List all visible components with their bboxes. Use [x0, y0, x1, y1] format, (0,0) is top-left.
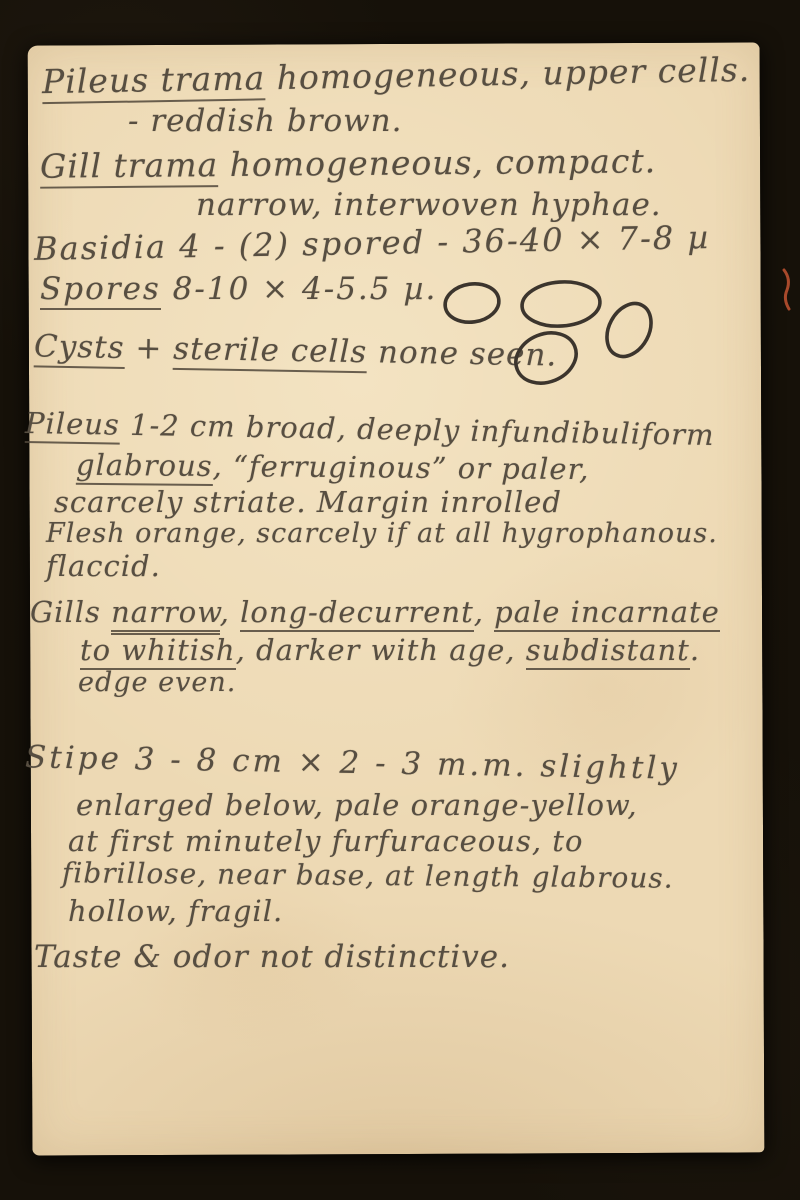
- text-segment: Taste & odor not distinctive.: [34, 939, 510, 975]
- text-segment: Pileus trama: [42, 58, 266, 104]
- note-line: Taste & odor not distinctive.: [34, 940, 510, 974]
- text-segment: at first minutely furfuraceous, to: [68, 824, 583, 858]
- text-segment: sterile cells: [173, 331, 368, 373]
- note-line: Cysts + sterile cells none seen.: [34, 329, 558, 372]
- text-segment: fibrillose, near base, at length glabrou…: [62, 856, 674, 894]
- text-segment: ,: [220, 595, 240, 629]
- text-segment: , “ferruginous” or paler,: [212, 449, 589, 486]
- text-segment: ,: [474, 595, 494, 629]
- text-segment: none seen.: [367, 334, 558, 373]
- note-line: Gills narrow, long-decurrent, pale incar…: [30, 597, 720, 629]
- note-line: enlarged below, pale orange-yellow,: [76, 790, 638, 822]
- text-segment: Flesh orange, scarcely if at all hygroph…: [46, 518, 718, 549]
- note-line: at first minutely furfuraceous, to: [68, 826, 583, 858]
- text-segment: narrow: [111, 595, 220, 635]
- text-segment: homogeneous, compact.: [218, 141, 656, 184]
- note-line: edge even.: [78, 668, 236, 698]
- text-segment: edge even.: [78, 667, 236, 698]
- text-segment: Cysts: [34, 328, 125, 369]
- photo-background: Pileus trama homogeneous, upper cells.- …: [0, 0, 800, 1200]
- text-segment: +: [124, 330, 173, 367]
- text-segment: to whitish: [80, 633, 236, 670]
- note-line: flaccid.: [46, 551, 161, 583]
- note-line: Spores 8-10 × 4-5.5 µ.: [40, 272, 437, 306]
- note-line: fibrillose, near base, at length glabrou…: [62, 858, 674, 894]
- note-line: Flesh orange, scarcely if at all hygroph…: [46, 519, 718, 549]
- note-line: scarcely striate. Margin inrolled: [54, 487, 562, 519]
- text-segment: glabrous: [76, 448, 213, 486]
- text-segment: flaccid.: [46, 549, 161, 583]
- text-segment: Spores: [40, 271, 161, 310]
- text-segment: narrow, interwoven hyphae.: [196, 187, 662, 223]
- note-line: to whitish, darker with age, subdistant.: [80, 635, 700, 667]
- note-line: narrow, interwoven hyphae.: [196, 188, 662, 222]
- note-line: glabrous, “ferruginous” or paler,: [76, 450, 590, 486]
- note-line: - reddish brown.: [128, 104, 403, 138]
- note-line: Gill trama homogeneous, compact.: [40, 143, 656, 185]
- text-segment: pale incarnate: [494, 595, 720, 632]
- text-segment: Pileus: [25, 406, 120, 445]
- text-segment: , darker with age,: [236, 633, 526, 667]
- text-segment: .: [690, 633, 700, 667]
- text-segment: Gill trama: [40, 145, 219, 189]
- text-segment: hollow, fragil.: [68, 894, 283, 928]
- text-segment: long-decurrent: [240, 595, 474, 632]
- text-segment: enlarged below, pale orange-yellow,: [76, 788, 638, 822]
- text-segment: Gills: [30, 595, 111, 629]
- text-segment: - reddish brown.: [128, 103, 403, 139]
- note-line: hollow, fragil.: [68, 896, 283, 928]
- text-segment: subdistant: [526, 633, 690, 670]
- text-segment: scarcely striate. Margin inrolled: [54, 485, 562, 519]
- red-fiber-mark: [784, 270, 789, 309]
- text-segment: 8-10 × 4-5.5 µ.: [161, 271, 438, 307]
